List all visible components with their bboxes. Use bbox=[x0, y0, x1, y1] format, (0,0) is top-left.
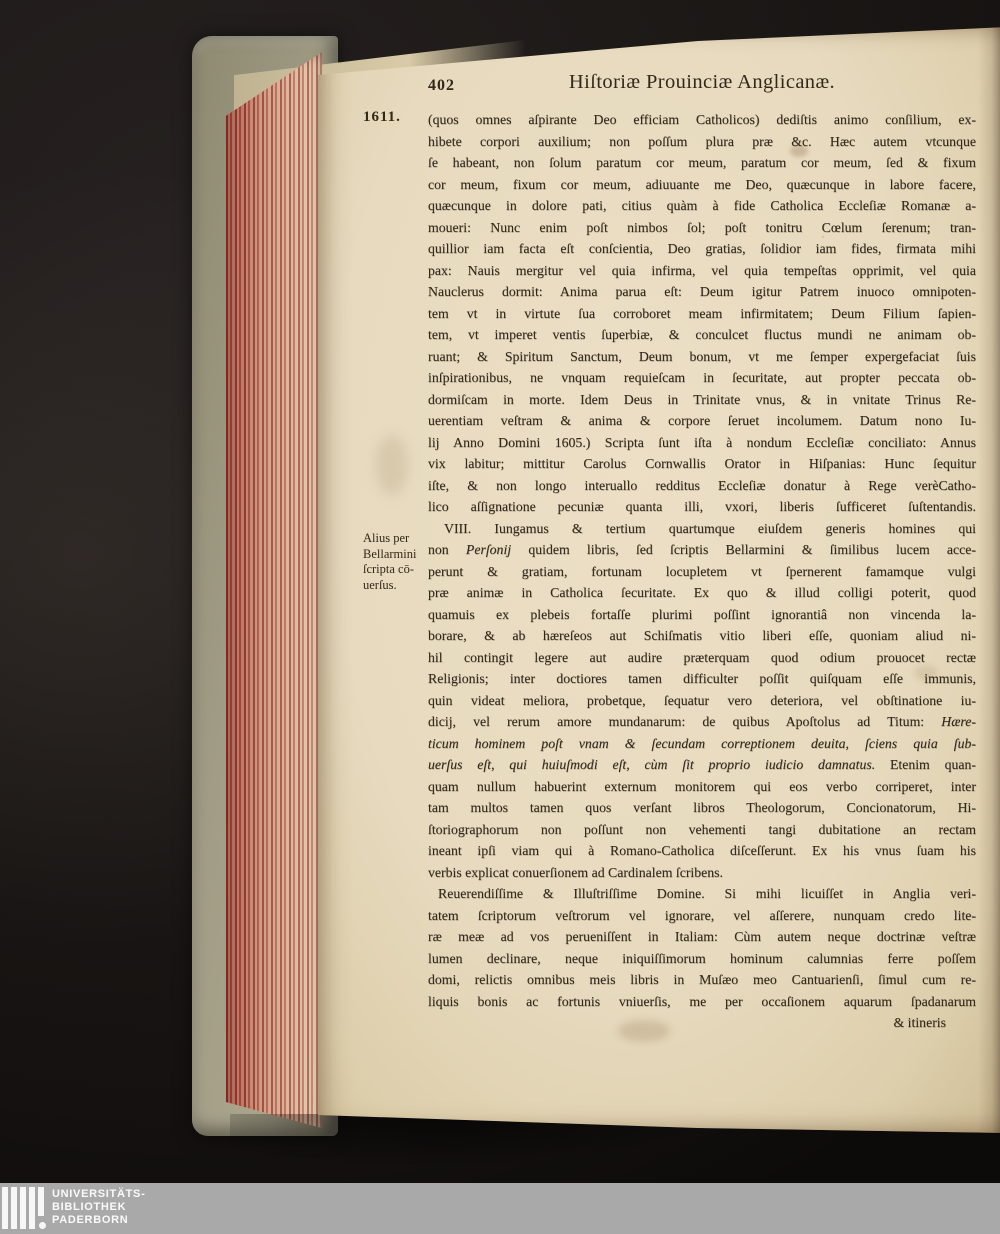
text-line: iſte, & non longo interuallo redditus Ec… bbox=[428, 475, 976, 497]
text-line: dormiſcam in morte. Idem Deus in Trinita… bbox=[428, 389, 976, 411]
text-line: pax: Nauis mergitur vel quia infirma, ve… bbox=[428, 260, 976, 282]
text-line: lumen declinare, neque iniquiſſimorum ho… bbox=[428, 948, 976, 970]
library-name-line: PADERBORN bbox=[52, 1214, 145, 1227]
catchword: & itineris bbox=[428, 1012, 976, 1034]
text-line: non Perſonij quidem libris, ſed ſcriptis… bbox=[428, 539, 976, 561]
text-line: VIII. Iungamus & tertium quartumque eiuſ… bbox=[428, 518, 976, 540]
text-line: tem vt in virtute ſua corroboret meam in… bbox=[428, 303, 976, 325]
text-line: vix labitur; mittitur Carolus Cornwallis… bbox=[428, 453, 976, 475]
text-line: lico aſſignatione pecuniæ quanta illi, v… bbox=[428, 496, 976, 518]
text-line: (quos omnes aſpirante Deo efficiam Catho… bbox=[428, 109, 976, 131]
library-banner: UNIVERSITÄTS-BIBLIOTHEKPADERBORN bbox=[0, 1183, 1000, 1234]
margin-note-line: ſcripta cō- bbox=[363, 562, 427, 578]
library-name-line: BIBLIOTHEK bbox=[52, 1201, 145, 1214]
text-line: ticum hominem poſt vnam & ſecundam corre… bbox=[428, 733, 976, 755]
book-page: 402 Hiſtoriæ Prouinciæ Anglicanæ. 1611. … bbox=[318, 25, 1000, 1133]
text-line: liquis bonis ac fortunis vniuerſis, me p… bbox=[428, 991, 976, 1013]
scanned-book-photo: 402 Hiſtoriæ Prouinciæ Anglicanæ. 1611. … bbox=[0, 0, 1000, 1234]
body-text: (quos omnes aſpirante Deo efficiam Catho… bbox=[428, 109, 976, 1034]
text-line: præ animæ in Catholica ſecuritate. Ex qu… bbox=[428, 582, 976, 604]
text-line: ſe habeant, non ſolum paratum cor meum, … bbox=[428, 152, 976, 174]
page-stain bbox=[376, 435, 408, 495]
text-line: inſpirationibus, ne vnquam requieſcam in… bbox=[428, 367, 976, 389]
text-line: quillior iam facta eſt conſcientia, Deo … bbox=[428, 238, 976, 260]
text-line: ræ meæ ad vos perueniſſent in Italiam: C… bbox=[428, 926, 976, 948]
margin-note-line: uerſus. bbox=[363, 578, 427, 594]
library-logo-icon bbox=[2, 1187, 44, 1229]
text-line: quin videat meliora, probetque, ſequatur… bbox=[428, 690, 976, 712]
text-line: quæcunque in dolore pati, citius quàm à … bbox=[428, 195, 976, 217]
text-line: quamuis ex plebeis fortaſſe plurimi poſſ… bbox=[428, 604, 976, 626]
text-line: ſtoriographorum non poſſunt non vehement… bbox=[428, 819, 976, 841]
margin-note-year: 1611. bbox=[363, 110, 427, 126]
text-line: quam nullum habuerint externum monitorem… bbox=[428, 776, 976, 798]
paragraph: Reuerendiſſime & Illuſtriſſime Domine. S… bbox=[428, 883, 976, 1012]
text-line: borare, & ab hæreſeos aut Schiſmatis vit… bbox=[428, 625, 976, 647]
text-line: Reuerendiſſime & Illuſtriſſime Domine. S… bbox=[428, 883, 976, 905]
margin-note-line: Alius per bbox=[363, 531, 427, 547]
text-line: verbis explicat conuerſionem ad Cardinal… bbox=[428, 862, 976, 884]
text-line: uerentiam veſtram & anima & corpore ſeru… bbox=[428, 410, 976, 432]
page-edge-stack bbox=[226, 46, 322, 1128]
text-line: tam multos tamen quos verſant libros The… bbox=[428, 797, 976, 819]
library-name-line: UNIVERSITÄTS- bbox=[52, 1188, 145, 1201]
text-line: tem, vt imperet ventis ſuperbiæ, & concu… bbox=[428, 324, 976, 346]
running-title: Hiſtoriæ Prouinciæ Anglicanæ. bbox=[428, 71, 976, 94]
margin-note-bellarmini: Alius perBellarminiſcripta cō-uerſus. bbox=[363, 531, 427, 593]
text-line: uerſus eſt, qui huiuſmodi eſt, cùm ſit p… bbox=[428, 754, 976, 776]
text-line: Religionis; inter doctiores tamen diffic… bbox=[428, 668, 976, 690]
text-line: lij Anno Domini 1605.) Scripta ſunt iſta… bbox=[428, 432, 976, 454]
text-line: ineant ipſi viam qui à Romano-Catholica … bbox=[428, 840, 976, 862]
gutter-shadow bbox=[978, 25, 1000, 1133]
text-line: moueri: Nunc enim poſt nimbos ſol; poſt … bbox=[428, 217, 976, 239]
text-line: hil contingit legere aut audire præterqu… bbox=[428, 647, 976, 669]
text-line: hibete corpori auxilium; non poſſum plur… bbox=[428, 131, 976, 153]
text-line: ruant; & Spiritum Sanctum, Deum bonum, v… bbox=[428, 346, 976, 368]
text-line: tatem ſcriptorum veſtrorum vel ignorare,… bbox=[428, 905, 976, 927]
margin-note-line: Bellarmini bbox=[363, 547, 427, 563]
library-name: UNIVERSITÄTS-BIBLIOTHEKPADERBORN bbox=[52, 1188, 145, 1227]
text-line: dicij, vel rerum amore mundanarum: de qu… bbox=[428, 711, 976, 733]
text-line: Nauclerus dormit: Anima parua eſt: Deum … bbox=[428, 281, 976, 303]
text-line: domi, relictis omnibus meis libris in Mu… bbox=[428, 969, 976, 991]
text-line: cor meum, fixum cor meum, adiuuante me D… bbox=[428, 174, 976, 196]
paragraph: (quos omnes aſpirante Deo efficiam Catho… bbox=[428, 109, 976, 518]
text-line: perunt & gratiam, fortunam locupletem vt… bbox=[428, 561, 976, 583]
paragraph: VIII. Iungamus & tertium quartumque eiuſ… bbox=[428, 518, 976, 884]
